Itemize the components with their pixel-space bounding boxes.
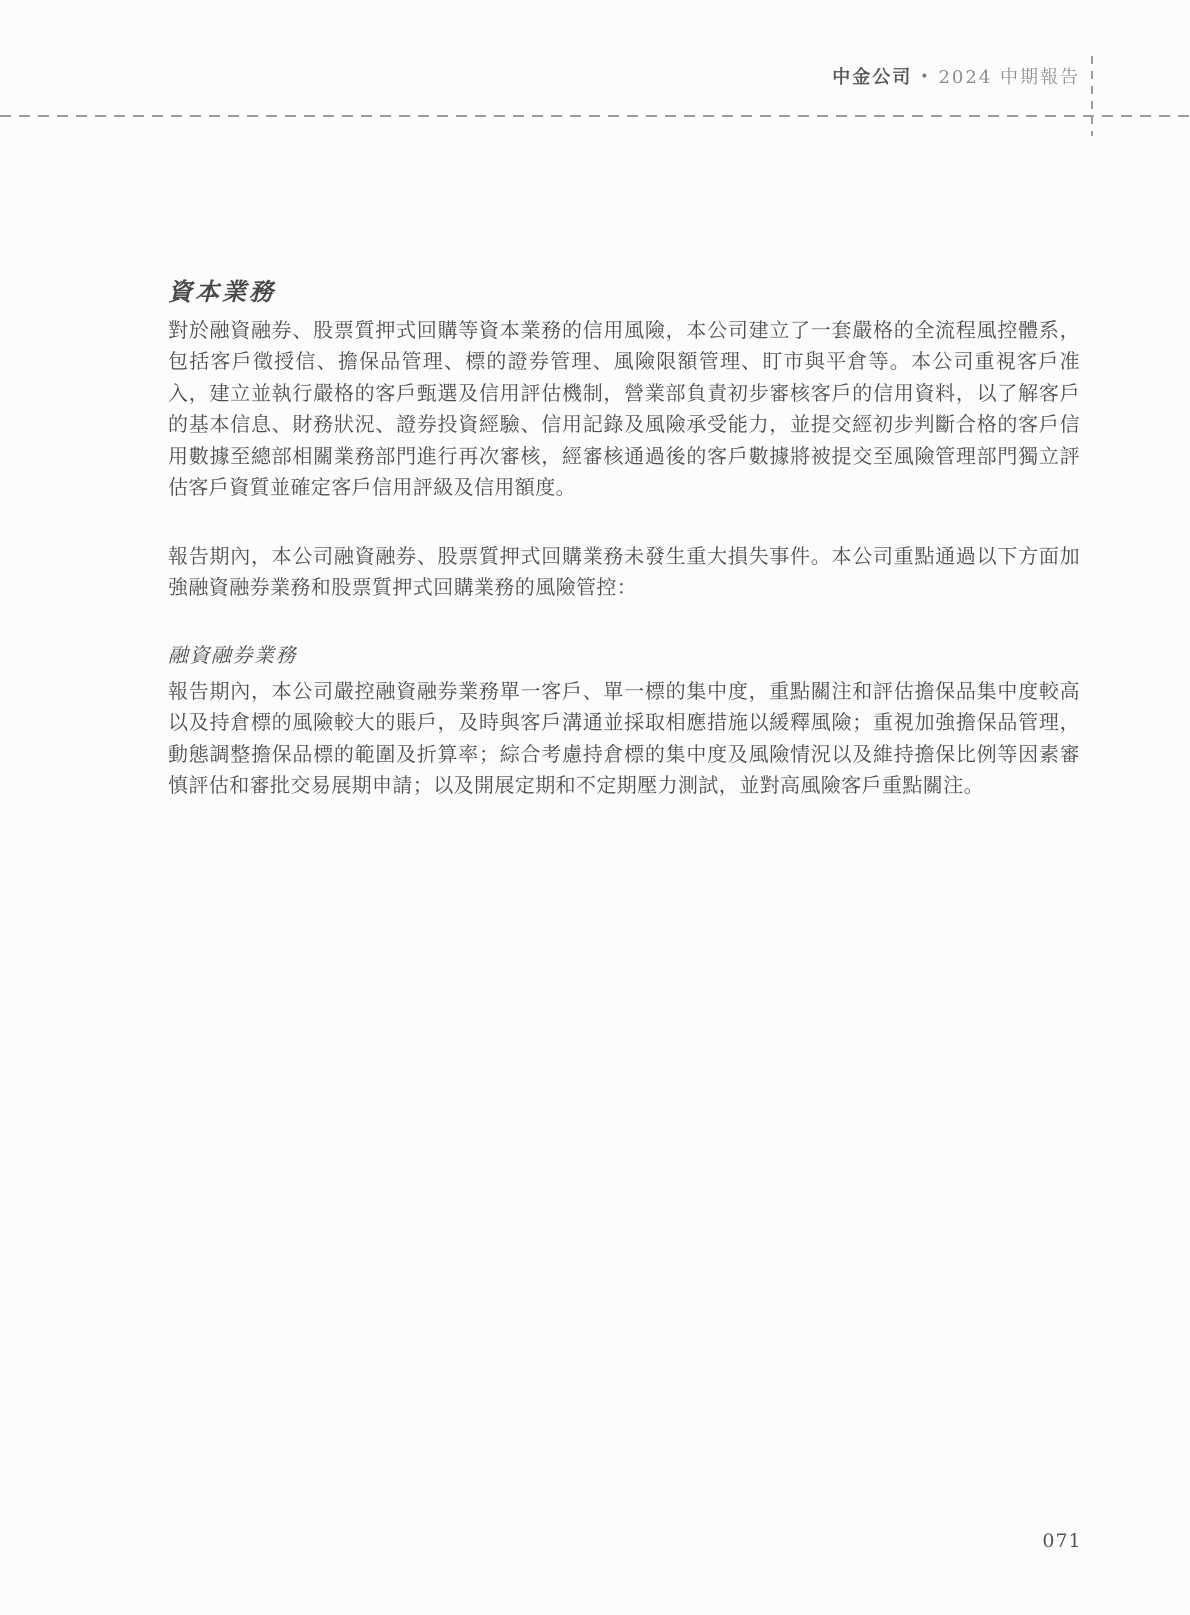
subsection-title: 融資融券業務 xyxy=(168,639,297,668)
page-header: 中金公司•2024 中期報告 xyxy=(832,64,1080,91)
paragraph-capital-business: 對於融資融券、股票質押式回購等資本業務的信用風險，本公司建立了一套嚴格的全流程風… xyxy=(168,316,1080,504)
report-page: 中金公司•2024 中期報告 資本業務 對於融資融券、股票質押式回購等資本業務的… xyxy=(0,0,1190,1615)
vertical-dashed-divider xyxy=(1091,56,1093,136)
report-title: 2024 中期報告 xyxy=(938,67,1080,88)
section-title: 資本業務 xyxy=(168,272,276,307)
paragraph-margin-financing: 報告期內，本公司嚴控融資融券業務單一客戶、單一標的集中度，重點關注和評估擔保品集… xyxy=(168,677,1080,803)
paragraph-reporting-period: 報告期內，本公司融資融券、股票質押式回購業務未發生重大損失事件。本公司重點通過以… xyxy=(168,542,1080,605)
page-number: 071 xyxy=(1027,1530,1097,1552)
company-name: 中金公司 xyxy=(832,67,912,88)
horizontal-dashed-divider xyxy=(0,115,1190,117)
header-bullet-separator: • xyxy=(920,69,928,85)
